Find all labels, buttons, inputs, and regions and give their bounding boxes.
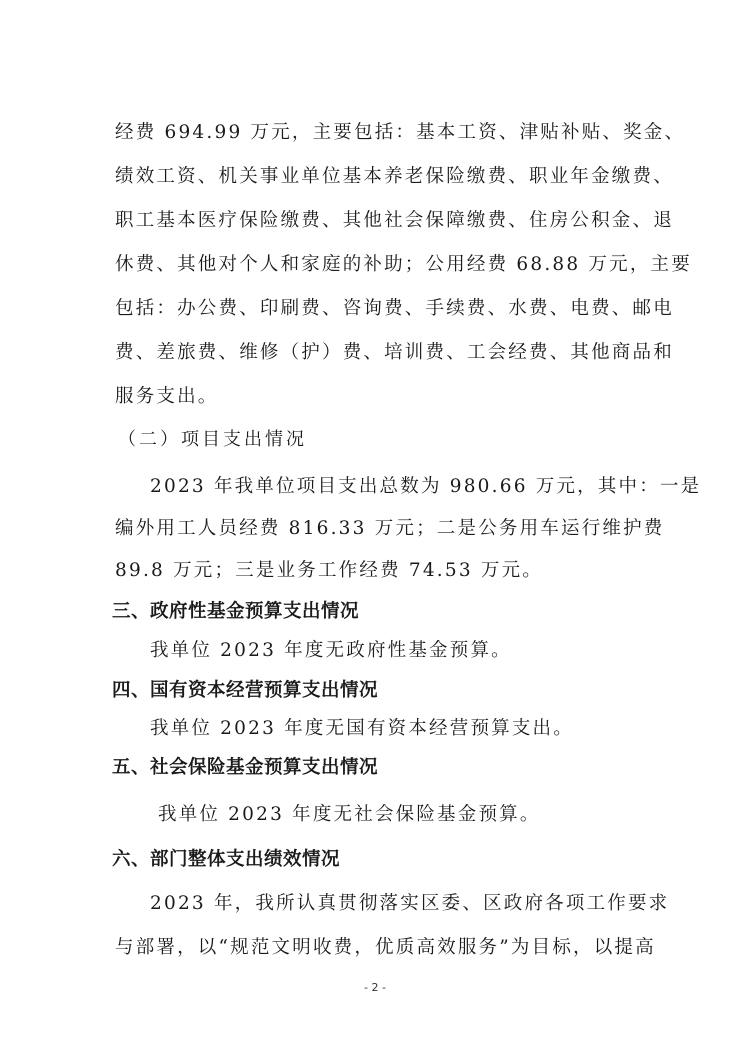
body-text-line: 编外用工人员经费 816.33 万元；二是公务用车运行维护费 xyxy=(115,514,665,540)
body-text-line: 经费 694.99 万元，主要包括：基本工资、津贴补贴、奖金、 xyxy=(115,118,685,144)
body-text-line: 2023 年我单位项目支出总数为 980.66 万元，其中：一是 xyxy=(150,472,701,498)
section-heading: 六、部门整体支出绩效情况 xyxy=(112,845,340,871)
body-text-line: 服务支出。 xyxy=(115,382,219,408)
body-text-line: 2023 年，我所认真贯彻落实区委、区政府各项工作要求 xyxy=(150,889,669,915)
section-heading: 四、国有资本经营预算支出情况 xyxy=(112,676,378,702)
subsection-heading: （二）项目支出情况 xyxy=(118,425,307,451)
page-number: - 2 - xyxy=(0,981,750,994)
section-heading: 五、社会保险基金预算支出情况 xyxy=(112,753,378,779)
body-text-line: 我单位 2023 年度无政府性基金预算。 xyxy=(150,636,512,662)
body-text-line: 89.8 万元；三是业务工作经费 74.53 万元。 xyxy=(115,556,543,582)
body-text-line: 包括：办公费、印刷费、咨询费、手续费、水费、电费、邮电 xyxy=(115,294,674,320)
body-text-line: 与部署，以“规范文明收费，优质高效服务”为目标，以提高 xyxy=(115,933,656,959)
body-text-line: 绩效工资、机关事业单位基本养老保险缴费、职业年金缴费、 xyxy=(115,162,674,188)
body-text-line: 职工基本医疗保险缴费、其他社会保障缴费、住房公积金、退 xyxy=(115,206,674,232)
body-text-line: 我单位 2023 年度无国有资本经营预算支出。 xyxy=(150,714,574,740)
body-text-line: 费、差旅费、维修（护）费、培训费、工会经费、其他商品和 xyxy=(115,338,674,364)
body-text-line: 我单位 2023 年度无社会保险基金预算。 xyxy=(158,800,541,826)
section-heading: 三、政府性基金预算支出情况 xyxy=(112,597,359,623)
body-text-line: 休费、其他对个人和家庭的补助；公用经费 68.88 万元，主要 xyxy=(115,250,692,276)
